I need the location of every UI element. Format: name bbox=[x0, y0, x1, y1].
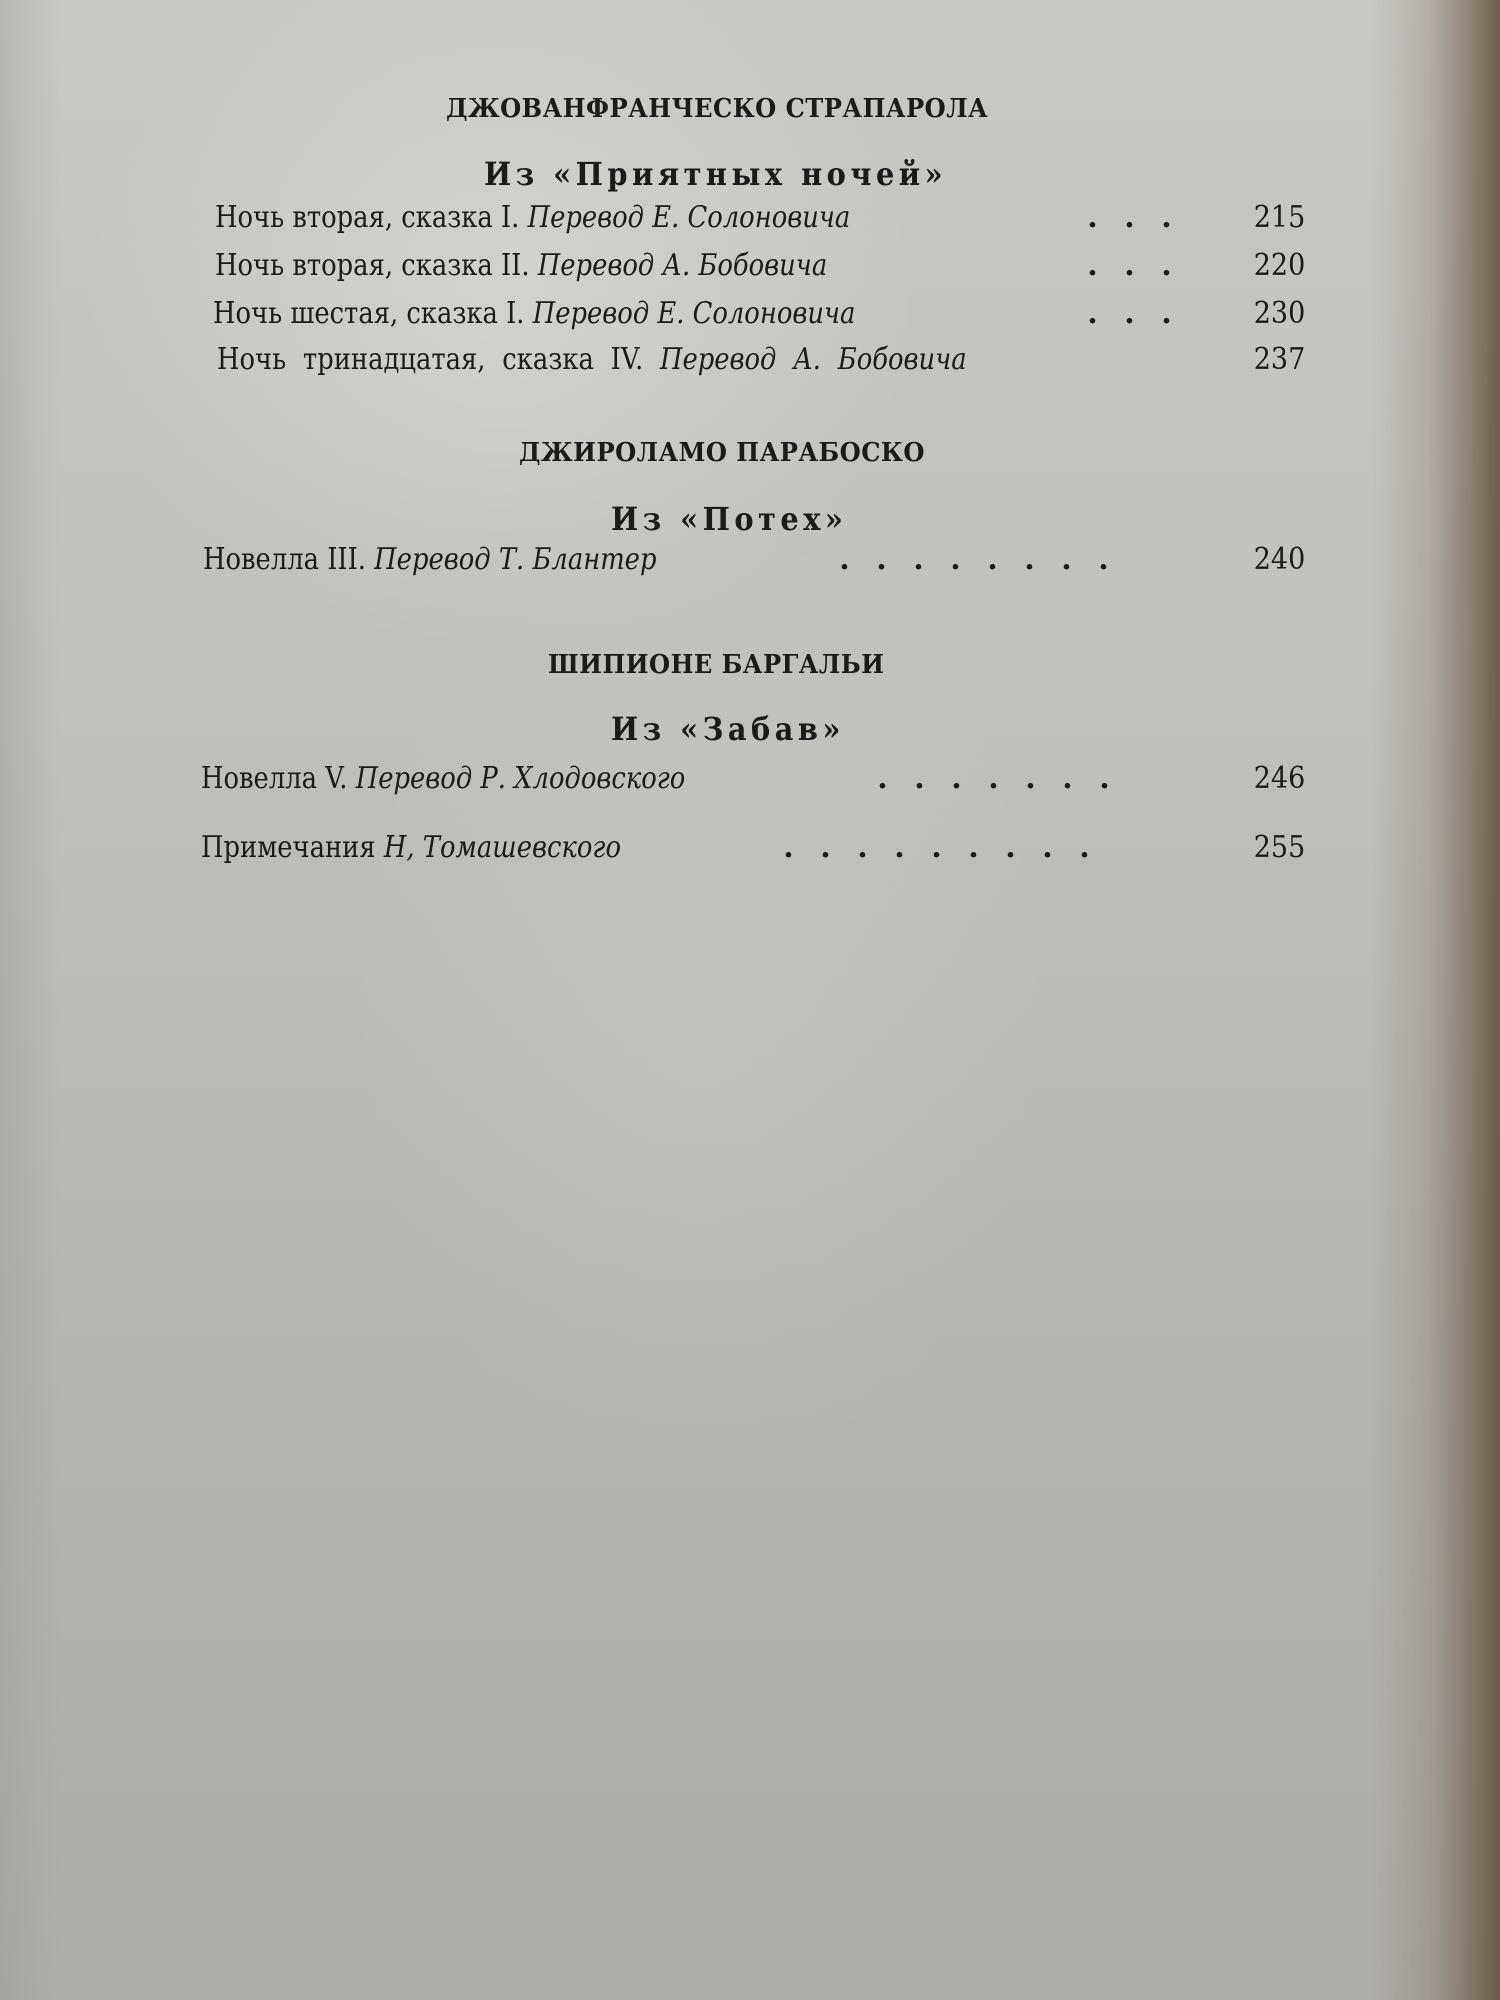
dot-leader: ... bbox=[1074, 200, 1185, 235]
toc-entry[interactable]: Новелла III. Перевод Т. Блантер ........… bbox=[0, 542, 1320, 582]
toc-entry-notes[interactable]: Примечания Н, Томашевского ......... 255 bbox=[0, 830, 1320, 870]
notes-author: Н, Томашевского bbox=[384, 830, 621, 865]
entry-translator: Перевод Е. Солоновича bbox=[533, 296, 856, 331]
entry-page-number: 240 bbox=[1253, 542, 1305, 577]
entry-title: Ночь вторая, сказка I. bbox=[215, 200, 519, 235]
entry-page-number: 255 bbox=[1253, 830, 1305, 865]
entry-title: Новелла III. bbox=[203, 542, 366, 577]
entry-translator: Перевод Е. Солоновича bbox=[528, 200, 851, 235]
book-spine-shadow bbox=[1370, 0, 1500, 2000]
section-work-title: Из «Приятных ночей» bbox=[484, 155, 947, 193]
entry-page-number: 215 bbox=[1253, 200, 1305, 235]
toc-entry[interactable]: Ночь вторая, сказка II. Перевод А. Бобов… bbox=[0, 248, 1320, 288]
dot-leader: ....... bbox=[864, 761, 1123, 796]
notes-title: Примечания bbox=[201, 830, 376, 865]
section-author: ШИПИОНЕ БАРГАЛЬИ bbox=[548, 650, 885, 680]
entry-title: Ночь тринадцатая, сказка IV. bbox=[217, 342, 643, 377]
section-work-title: Из «Забав» bbox=[611, 710, 845, 748]
section-author: ДЖОВАНФРАНЧЕСКО СТРАПАРОЛА bbox=[446, 94, 988, 124]
dot-leader: ........ bbox=[826, 542, 1122, 577]
section-work-title: Из «Потех» bbox=[611, 500, 847, 538]
dot-leader: ... bbox=[1074, 296, 1185, 331]
entry-translator: Перевод Т. Блантер bbox=[374, 542, 656, 577]
entry-title: Ночь шестая, сказка I. bbox=[213, 296, 525, 331]
dot-leader: ... bbox=[1074, 248, 1185, 283]
entry-title: Новелла V. bbox=[201, 761, 348, 796]
entry-page-number: 230 bbox=[1253, 296, 1305, 331]
toc-entry[interactable]: Новелла V. Перевод Р. Хлодовского ......… bbox=[0, 761, 1320, 801]
entry-translator: Перевод А. Бобовича bbox=[660, 342, 967, 377]
entry-title: Ночь вторая, сказка II. bbox=[215, 248, 530, 283]
entry-page-number: 220 bbox=[1253, 248, 1305, 283]
entry-page-number: 237 bbox=[1253, 342, 1305, 377]
entry-translator: Перевод Р. Хлодовского bbox=[356, 761, 686, 796]
entry-translator: Перевод А. Бобовича bbox=[538, 248, 827, 283]
toc-entry[interactable]: Ночь шестая, сказка I. Перевод Е. Солоно… bbox=[0, 296, 1320, 336]
toc-entry[interactable]: Ночь тринадцатая, сказка IV. Перевод А. … bbox=[0, 342, 1320, 382]
toc-entry[interactable]: Ночь вторая, сказка I. Перевод Е. Солоно… bbox=[0, 200, 1320, 240]
section-author: ДЖИРОЛАМО ПАРАБОСКО bbox=[519, 438, 925, 468]
book-page: ДЖОВАНФРАНЧЕСКО СТРАПАРОЛА Из «Приятных … bbox=[0, 0, 1500, 2000]
entry-page-number: 246 bbox=[1253, 761, 1305, 796]
dot-leader: ......... bbox=[770, 830, 1103, 865]
